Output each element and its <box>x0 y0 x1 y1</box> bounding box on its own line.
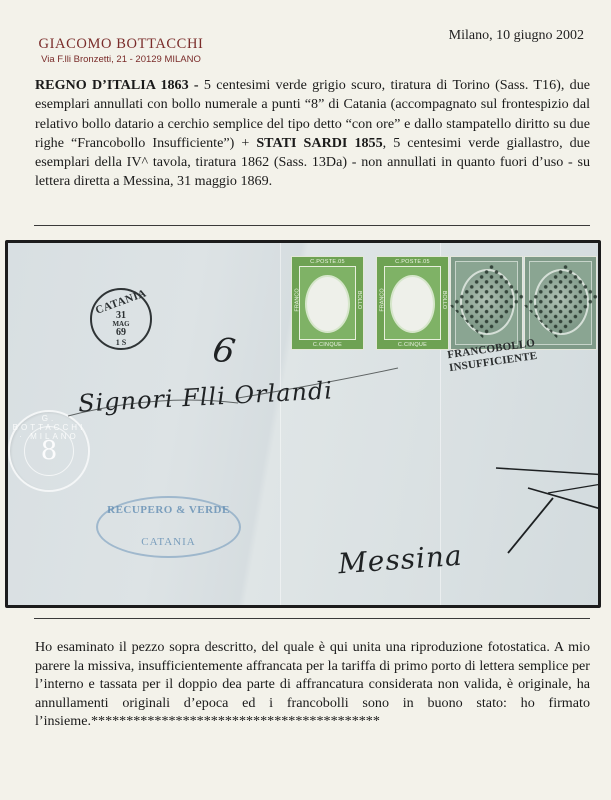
firm-address: Via F.lli Bronzetti, 21 - 20129 MILANO <box>26 53 216 66</box>
stamp-italia-1 <box>450 256 523 350</box>
stamp-text-left: FRANCO <box>295 288 301 311</box>
address-handwriting: Signori Flli Orlandi <box>77 376 333 417</box>
description-heading-sardi: STATI SARDI 1855 <box>256 135 382 151</box>
destination-handwriting: Messina <box>337 539 464 581</box>
firm-letterhead: GIACOMO BOTTACCHI Via F.lli Bronzetti, 2… <box>26 36 216 66</box>
stamp-text-right: BOLLO <box>356 291 362 309</box>
postmark-hour: 1 S <box>92 338 150 347</box>
stamp-oval <box>390 275 435 333</box>
divider-bottom <box>34 618 590 619</box>
stamp-text-top: C.POSTE.05 <box>377 259 448 265</box>
letter-photo: C.POSTE.05 C.CINQUE FRANCO BOLLO C.POSTE… <box>5 240 601 608</box>
expert-opinion: Ho esaminato il pezzo sopra descritto, d… <box>35 638 590 731</box>
stamp-text-top: C.POSTE.05 <box>292 259 363 265</box>
tax-mark-handwriting: 6 <box>210 329 239 372</box>
certificate-page: GIACOMO BOTTACCHI Via F.lli Bronzetti, 2… <box>0 0 611 800</box>
cachet-bottom-text: CATANIA <box>98 536 239 548</box>
certificate-date: Milano, 10 giugno 2002 <box>449 28 584 44</box>
description-heading-italia: REGNO D’ITALIA 1863 - <box>35 77 199 93</box>
stamp-oval <box>305 275 350 333</box>
stamp-sardi-1: C.POSTE.05 C.CINQUE FRANCO BOLLO <box>291 256 364 350</box>
item-description: REGNO D’ITALIA 1863 - 5 centesimi verde … <box>35 76 590 192</box>
cachet-top-text: RECUPERO & VERDE <box>98 504 239 516</box>
stamp-text-left: FRANCO <box>380 288 386 311</box>
postmark-year: 69 <box>92 327 150 338</box>
emboss-symbol-icon: 8 <box>24 426 74 476</box>
stamp-text-bottom: C.CINQUE <box>377 342 448 348</box>
stamp-italia-2 <box>524 256 597 350</box>
fold-line <box>280 243 281 605</box>
embossed-seal: G. BOTTACCHI · MILANO 8 <box>8 410 90 492</box>
firm-name: GIACOMO BOTTACCHI <box>26 36 216 53</box>
catania-postmark: CATANIA 31 MAG 69 1 S <box>90 288 152 350</box>
sender-cachet: RECUPERO & VERDE CATANIA <box>96 496 241 558</box>
stamp-text-bottom: C.CINQUE <box>292 342 363 348</box>
stamp-sardi-2: C.POSTE.05 C.CINQUE FRANCO BOLLO <box>376 256 449 350</box>
stamp-text-right: BOLLO <box>441 291 447 309</box>
divider-top <box>34 225 590 226</box>
